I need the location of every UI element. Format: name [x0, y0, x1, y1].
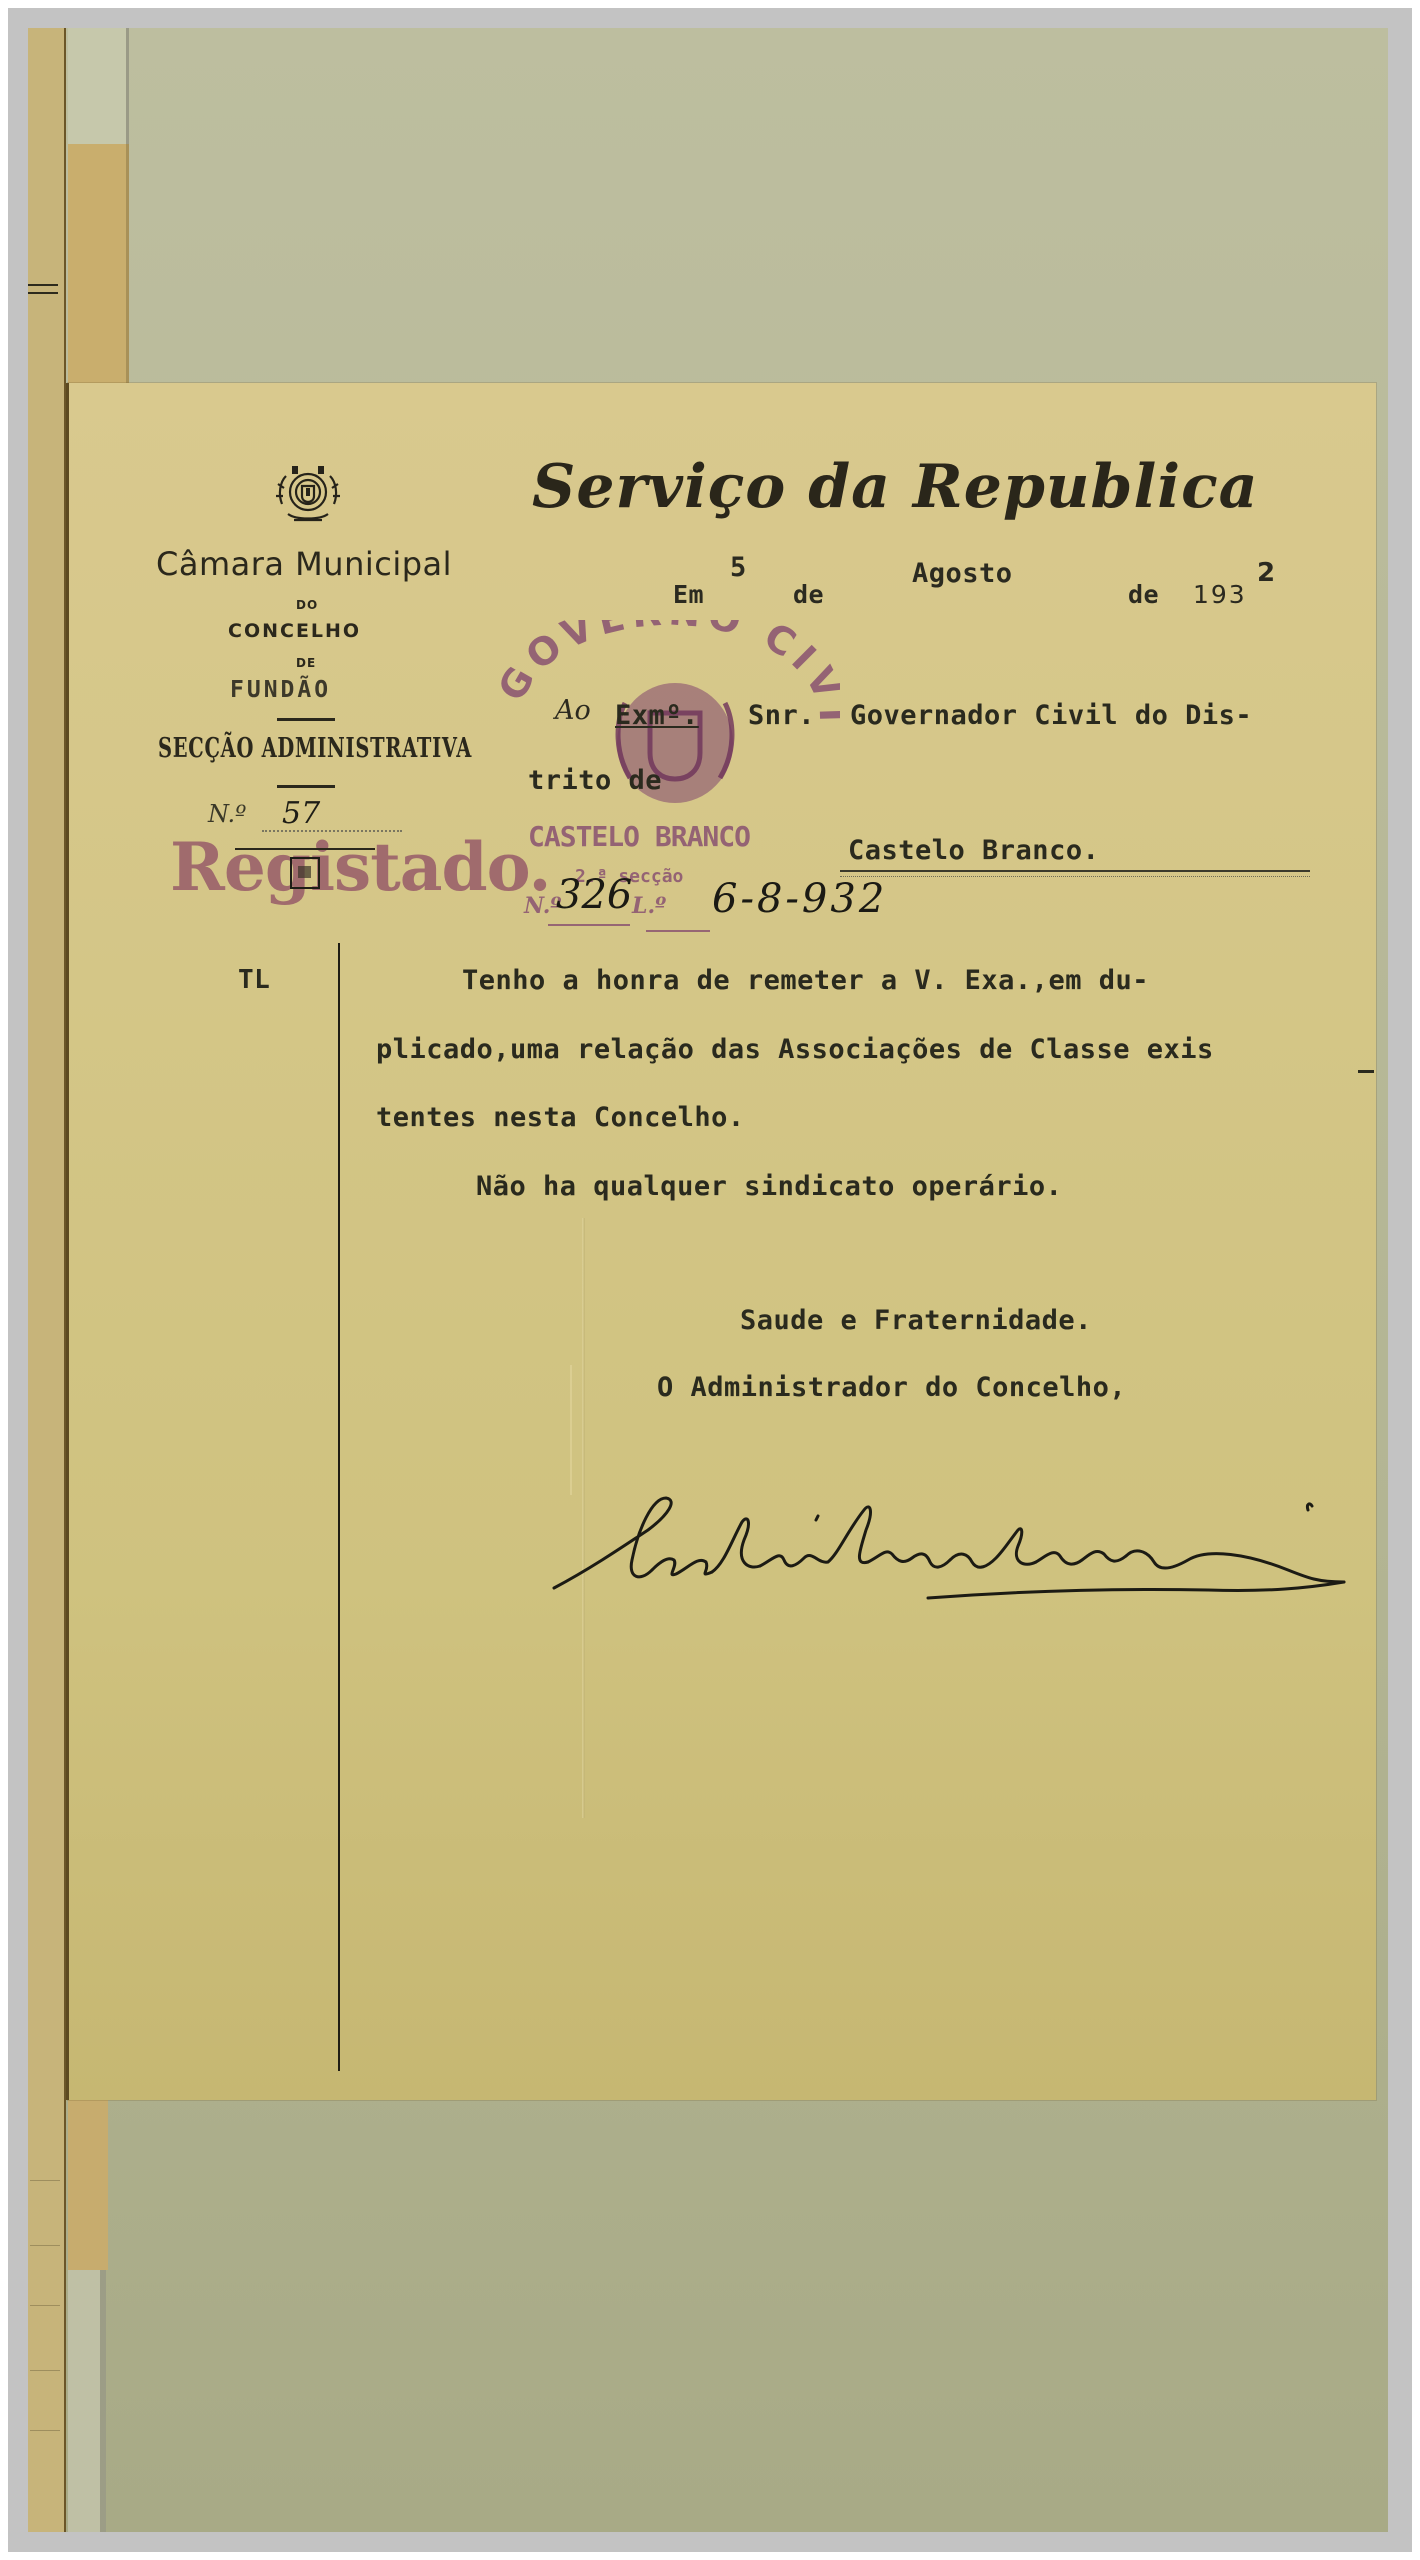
letterhead-concelho: CONCELHO: [228, 620, 361, 642]
margin-note: TL: [238, 965, 270, 995]
strip-ruling: [30, 2430, 60, 2431]
strip-mark: [28, 284, 58, 286]
body-line: Não ha qualquer sindicato operário.: [476, 1171, 1062, 1202]
number-label: N.º: [208, 800, 246, 828]
addressee-line2: trito de: [528, 765, 662, 796]
institution-name: Câmara Municipal: [156, 545, 452, 583]
strip-ruling: [30, 2305, 60, 2306]
divider: [235, 848, 375, 850]
stamp-number-line: [548, 924, 630, 926]
stamp-district: CASTELO BRANCO: [528, 820, 750, 853]
body-line: plicado,uma relação das Associações de C…: [376, 1034, 1214, 1065]
letter-edge: [66, 383, 69, 2100]
underlying-sheet-edge: [68, 28, 129, 144]
signatory-title: O Administrador do Concelho,: [657, 1372, 1126, 1403]
honorific: Exmº.: [615, 700, 699, 731]
addressee-line1: Governador Civil do Dis-: [850, 700, 1252, 731]
date-year-prefix: 193: [1193, 580, 1247, 609]
letterhead-do: DO: [296, 598, 318, 612]
strip-ruling: [30, 2180, 60, 2181]
city-dotted-line: [840, 876, 1310, 877]
closing-greeting: Saude e Fraternidade.: [740, 1305, 1092, 1336]
portuguese-coat-of-arms-icon: [266, 462, 350, 528]
strip-ruling: [30, 2245, 60, 2246]
city-underline: [840, 870, 1310, 872]
strip-ruling: [30, 2370, 60, 2371]
date-de: de: [793, 580, 824, 609]
page-title: Serviço da Republica: [532, 452, 1259, 522]
municipality-name: FUNDÃO: [230, 677, 331, 703]
number-value: 57: [282, 796, 320, 831]
section-name: SECÇÃO ADMINISTRATIVA: [158, 733, 472, 764]
date-de: de: [1128, 580, 1159, 609]
date-year-suffix: 2: [1257, 558, 1275, 588]
addressee-city: Castelo Branco.: [848, 835, 1099, 866]
strip-mark: [28, 292, 58, 294]
stamp-box-icon: [290, 857, 320, 889]
date-prefix: Em: [673, 580, 704, 609]
underlying-sheet-edge: [68, 144, 129, 384]
underlying-sheet-edge: [68, 2100, 108, 2270]
date-day: 5: [730, 552, 747, 583]
hyphen-underline: [1358, 1070, 1374, 1073]
binding-strip: [28, 28, 66, 2532]
stamp-number-value: 326: [556, 872, 632, 918]
title-abbrev: Snr.: [748, 700, 815, 731]
date-month: Agosto: [912, 558, 1013, 589]
stamp-l-label: L.º: [632, 893, 666, 919]
underlying-sheet-edge: [68, 2270, 106, 2532]
divider: [277, 718, 335, 721]
letterhead-de: DE: [296, 656, 316, 670]
divider: [277, 785, 335, 788]
stamp-handwritten-date: 6-8-932: [712, 876, 887, 922]
body-line: Tenho a honra de remeter a V. Exa.,em du…: [462, 965, 1149, 996]
handwritten-signature-icon: [548, 1470, 1388, 1640]
registered-stamp: Registado.: [170, 828, 550, 906]
stamp-l-line: [646, 930, 710, 932]
margin-rule: [338, 943, 340, 2071]
salutation: Ao: [555, 695, 591, 726]
body-line: tentes nesta Concelho.: [376, 1102, 745, 1133]
